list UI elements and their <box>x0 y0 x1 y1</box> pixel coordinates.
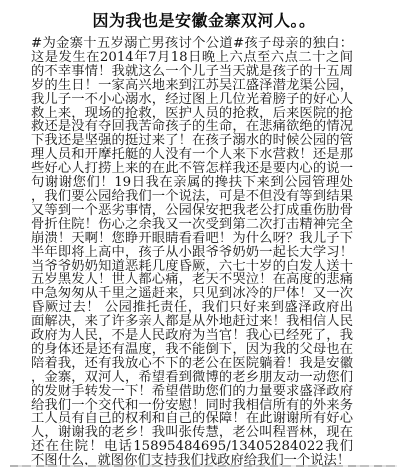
cropped-next-line-fragment <box>10 465 397 467</box>
post-body-paragraph: #为金寨十五岁溺亡男孩讨个公道#孩子母亲的独白：这是发生在2014年7月18日晚… <box>31 37 353 468</box>
text-post-image: 因为我也是安徽金寨双河人。。 #为金寨十五岁溺亡男孩讨个公道#孩子母亲的独白：这… <box>0 0 408 470</box>
post-title: 因为我也是安徽金寨双河人。。 <box>0 8 408 31</box>
